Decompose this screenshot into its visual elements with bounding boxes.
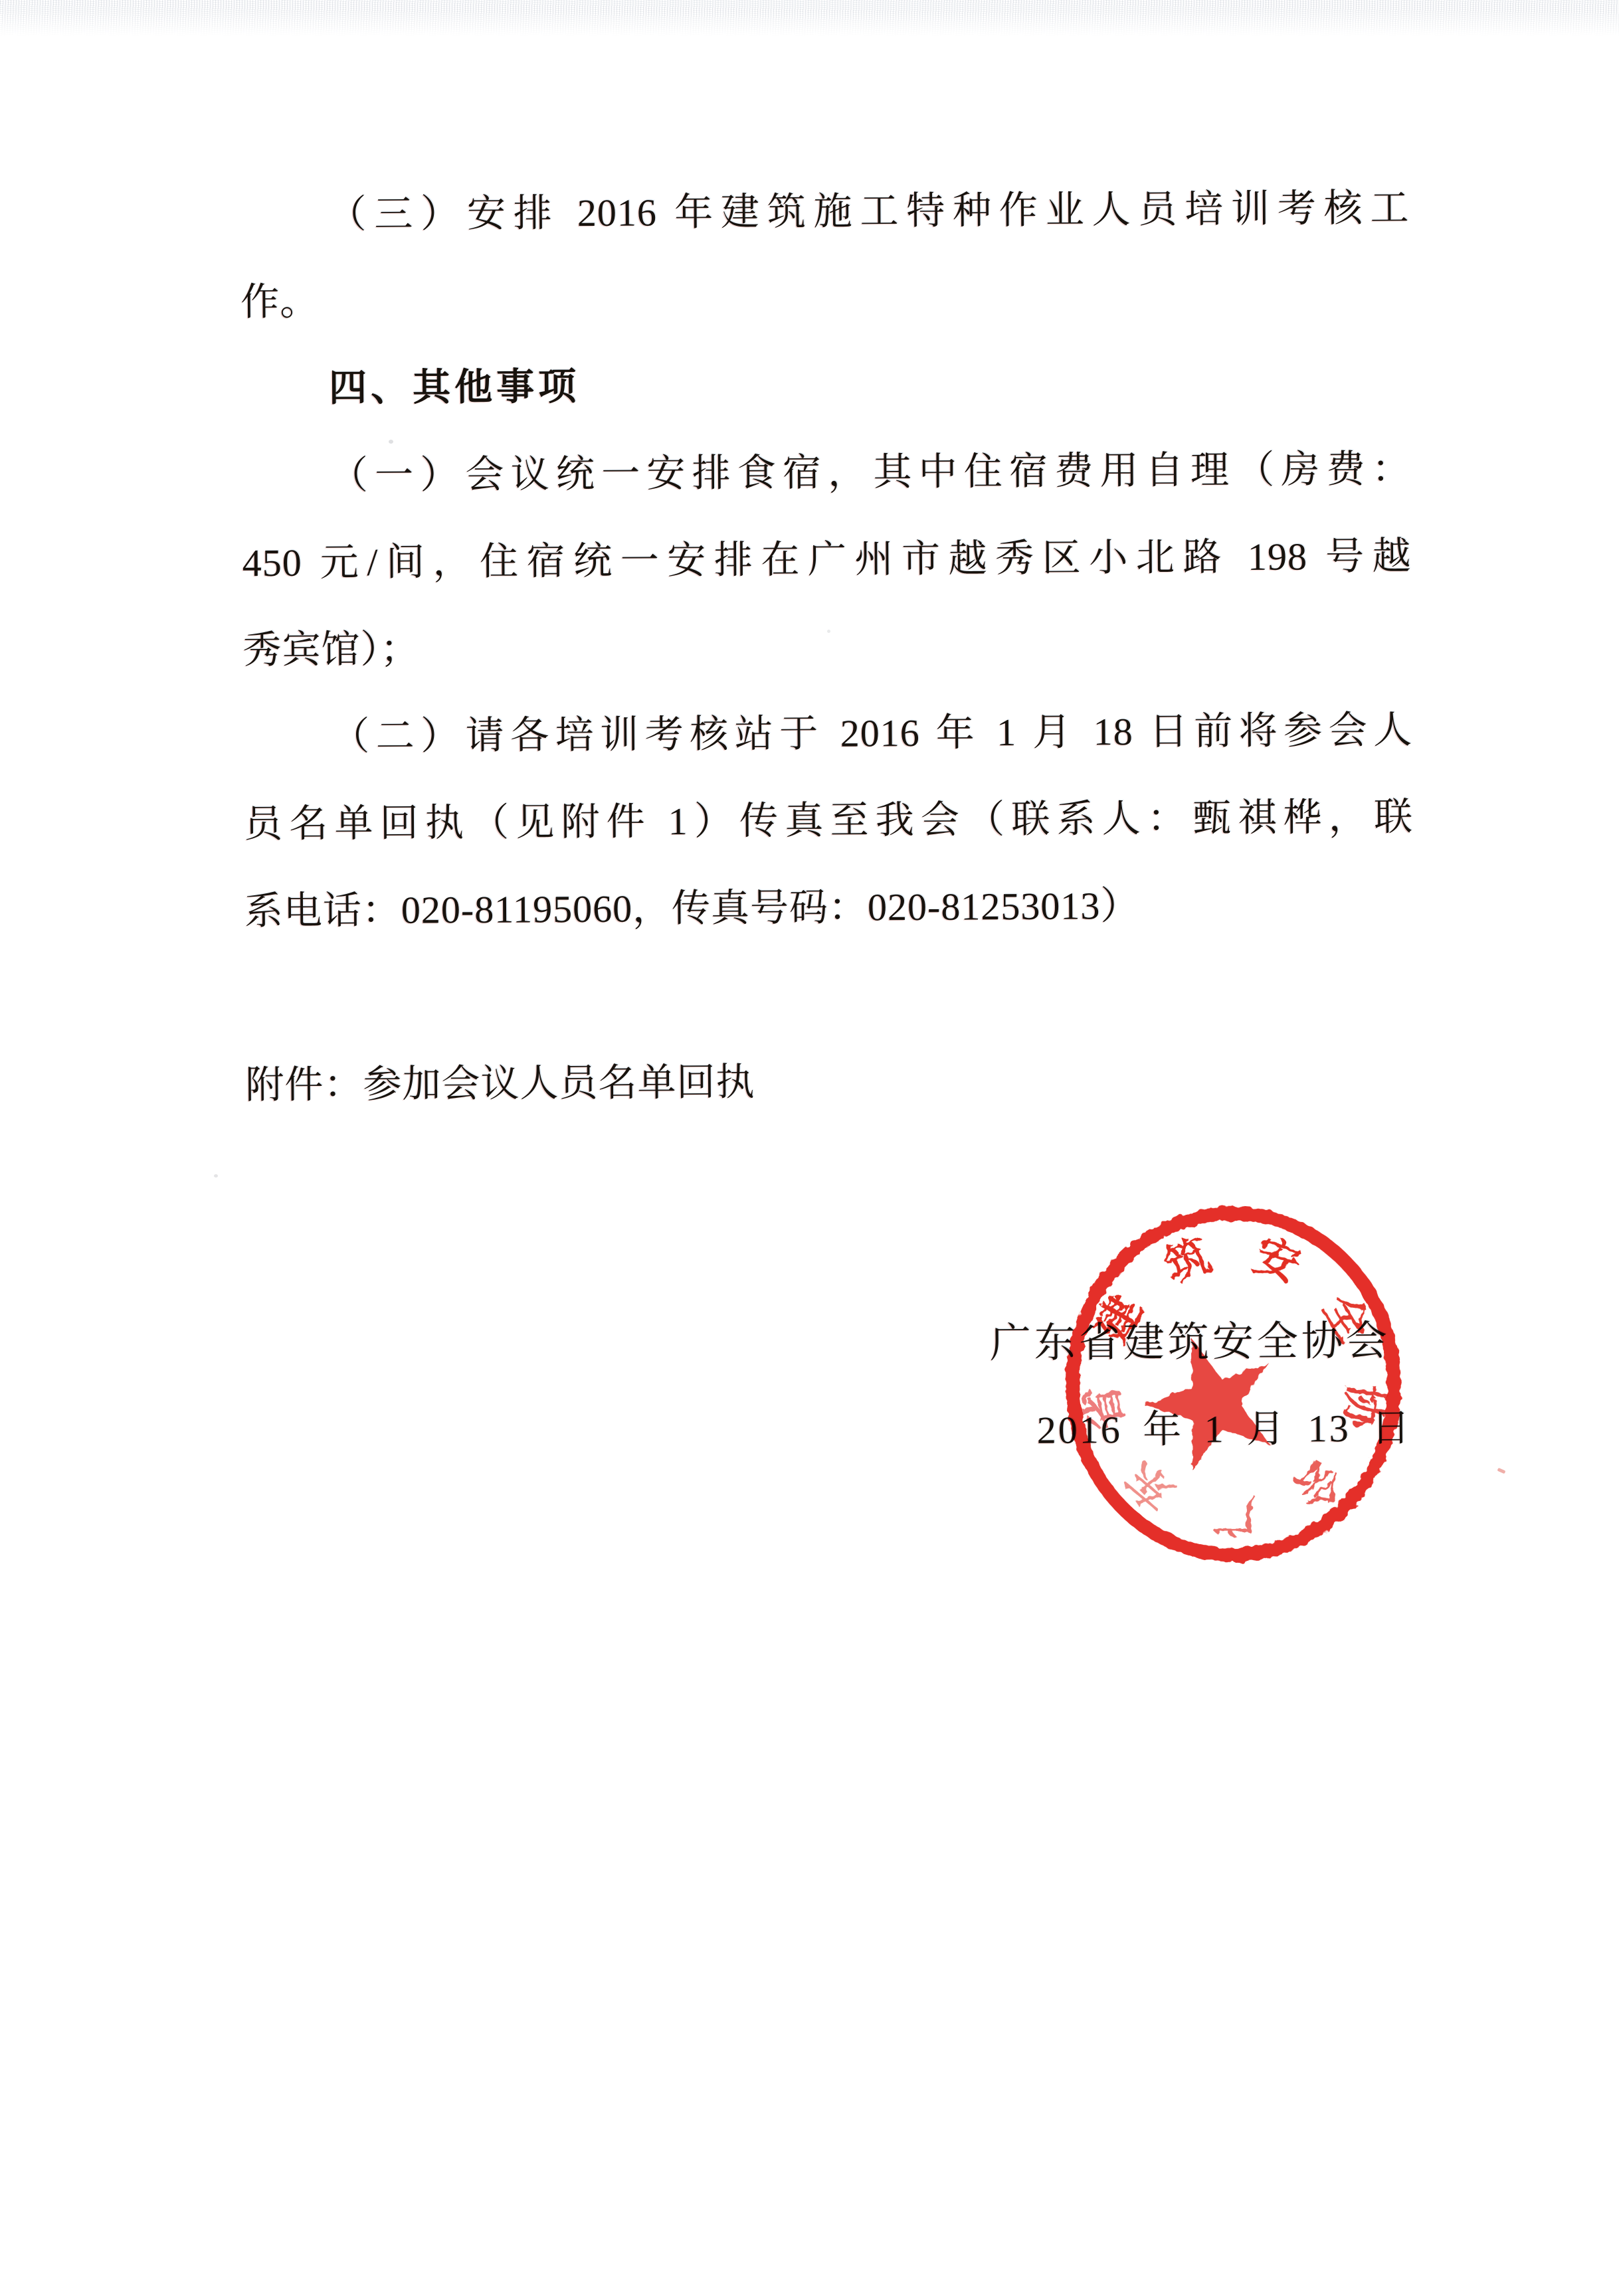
paragraph-line: （一）会议统一安排食宿，其中住宿费用自理（房费：: [242, 425, 1412, 519]
paragraph-line: （二）请各培训考核站于 2016 年 1 月 18 日前将参会人: [243, 686, 1413, 780]
scanned-document-page: （三）安排 2016 年建筑施工特种作业人员培训考核工 作。 四、其他事项 （一…: [0, 0, 1619, 2296]
official-seal: 广 东 省 建 筑 安 全 协 会: [1032, 1184, 1434, 1585]
paragraph-line: 作。: [240, 251, 1410, 345]
attachment-note: 附件：参加会议人员名单回执: [245, 1034, 1415, 1128]
document-body: （三）安排 2016 年建筑施工特种作业人员培训考核工 作。 四、其他事项 （一…: [240, 164, 1415, 1128]
seal-ring-char: 安: [1248, 1230, 1307, 1291]
paragraph-line: 秀宾馆）；: [242, 599, 1412, 693]
paragraph-line: 员名单回执（见附件 1）传真至我会（联系人：甄祺桦，联: [244, 773, 1414, 867]
seal-ring-char: 筑: [1159, 1231, 1218, 1292]
blank-line: [244, 947, 1414, 1041]
seal-ring-char: 广: [1212, 1490, 1256, 1540]
paragraph-line: 450 元/间，住宿统一安排在广州市越秀区小北路 198 号越: [242, 512, 1412, 606]
document-content: （三）安排 2016 年建筑施工特种作业人员培训考核工 作。 四、其他事项 （一…: [0, 0, 1619, 2296]
seal-ring-char: 协: [1334, 1380, 1390, 1433]
paragraph-line: 系电话：020-81195060，传真号码：020-81253013）: [244, 860, 1414, 954]
paragraph-line: （三）安排 2016 年建筑施工特种作业人员培训考核工: [240, 164, 1410, 258]
seal-star-icon: [1129, 1317, 1294, 1478]
seal-ring-char: 省: [1076, 1381, 1133, 1434]
section-heading: 四、其他事项: [241, 338, 1411, 432]
